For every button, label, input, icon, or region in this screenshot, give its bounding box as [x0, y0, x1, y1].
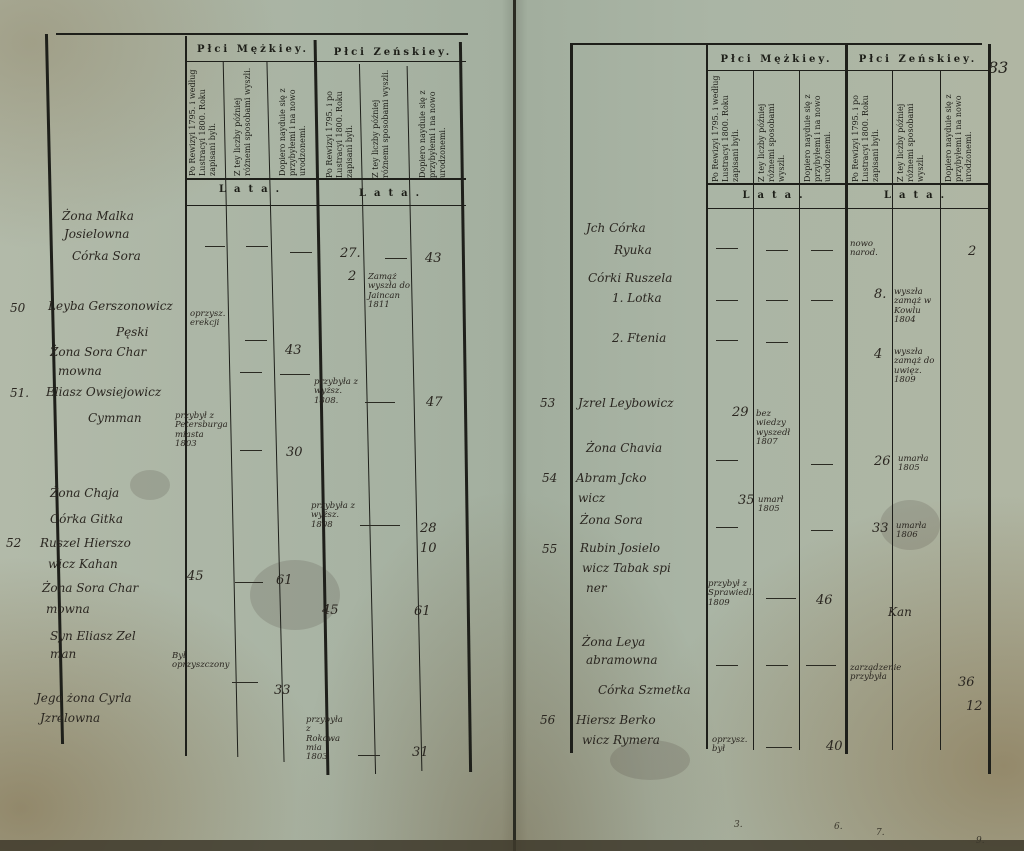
lata-top-line [708, 183, 990, 185]
entry-number: 51. [10, 387, 29, 401]
entry-name: Cymman [88, 412, 142, 426]
entry-name: 1. Lotka [612, 292, 662, 306]
name-column-left-border [570, 43, 573, 753]
value-female-col1: 45 [322, 604, 339, 619]
male-col1-header: Po Rewizyi 1795. i według Lustracyi 1800… [188, 66, 228, 176]
table-top-border [56, 33, 468, 35]
male-group-header: Płci Mężkiey. [186, 44, 320, 55]
empty-dash [240, 450, 262, 451]
note-male-col2: umarł 1805 [758, 496, 796, 515]
value-female-col1: 27. [340, 247, 361, 262]
lata-bottom-line [186, 205, 466, 206]
value-female-col3: 31 [412, 746, 429, 761]
entry-name: Córka Szmetka [598, 684, 691, 698]
female-col1-header: Po Rewizyi 1795. i po Lustracyi 1800. Ro… [325, 68, 365, 178]
value-female-col1: 26 [874, 455, 891, 470]
empty-dash [245, 340, 267, 341]
entry-number: 54 [542, 472, 557, 486]
entry-name: Abram Jcko [576, 472, 646, 486]
male-lata-label: Lata. [186, 184, 320, 195]
value-female-col3: 43 [425, 252, 442, 267]
value-female-col3: 10 [420, 542, 437, 557]
empty-dash [232, 682, 258, 683]
empty-dash [235, 582, 263, 583]
entry-number: 52 [6, 537, 21, 551]
value-male-col3: 61 [276, 574, 293, 589]
value-female-col3: 12 [966, 700, 983, 715]
entry-name: Jzrel Leybowicz [578, 397, 674, 411]
empty-dash [811, 300, 833, 301]
note-male-col2: bez wiedzy wyszedł 1807 [756, 410, 798, 447]
female-lata-label: Lata. [322, 188, 464, 199]
empty-dash [766, 342, 788, 343]
entry-name: wicz Kahan [48, 558, 118, 572]
entry-name: Żona Sora [580, 514, 643, 528]
note-female-col1: przybyła z wyższ. 1808. [314, 378, 362, 406]
value-male-col3: 33 [274, 684, 291, 699]
note-male-col1: Był oprzyszczony [172, 652, 212, 671]
value-female-col3: 36 [958, 676, 975, 691]
empty-dash [365, 402, 395, 403]
entry-name: Jzrelowna [40, 712, 100, 726]
column-divider [185, 36, 187, 756]
note-male-col1: przybył z Sprawiedl. 1809 [708, 580, 756, 608]
entry-name: wicz Rymera [582, 734, 660, 748]
female-lata-label: Lata. [848, 190, 988, 201]
value-male-col1: 45 [187, 570, 204, 585]
footer-mark: 6. [834, 822, 843, 832]
ledger-spread: Płci Mężkiey. Płci Zeńskiey. Po Rewizyi … [0, 0, 1024, 851]
empty-dash [240, 372, 262, 373]
value-female-col3: 61 [414, 605, 431, 620]
note-male-col1: oprzysz. był [712, 736, 752, 755]
entry-name: mowna [58, 365, 102, 379]
value-female-col3: 2 [968, 245, 976, 260]
footer-mark: 9. [976, 836, 985, 846]
note-female-col1: przybyła z Rokowa mia 1803 [306, 716, 346, 763]
entry-name: Córki Ruszela [588, 272, 672, 286]
female-col2-header: Z tey liczby później różnemi sposobami w… [896, 74, 938, 182]
empty-dash [811, 250, 833, 251]
empty-dash [280, 374, 310, 375]
empty-dash [358, 755, 380, 756]
note-male-col1: przybył z Petersburga miasta 1803 [175, 412, 227, 449]
empty-dash [205, 246, 225, 247]
entry-name: Córka Sora [72, 250, 141, 264]
value-female-col1: 4 [874, 348, 882, 363]
column-divider [799, 70, 800, 750]
value-male-col3: 40 [826, 740, 843, 755]
female-col3-header: Dopiero nayduie się z przybyłemi i na no… [418, 68, 462, 178]
entry-name: abramowna [586, 654, 657, 668]
value-male-col3: 30 [286, 446, 303, 461]
column-divider [940, 70, 941, 750]
entry-number: 56 [540, 714, 555, 728]
entry-number: 50 [10, 302, 25, 316]
entry-name: Ryuka [614, 244, 652, 258]
group-header-underline [708, 70, 990, 71]
male-lata-label: Lata. [708, 190, 845, 201]
female-col2-header: Z tey liczby później różnemi sposobami w… [371, 68, 411, 178]
male-col2-header: Z tey liczby później różnemi sposobami w… [757, 74, 797, 182]
left-page: Płci Mężkiey. Płci Zeńskiey. Po Rewizyi … [0, 0, 513, 851]
entry-name: Syn Eliasz Zel [50, 630, 136, 644]
empty-dash [716, 527, 738, 528]
entry-name: Żona Leya [582, 636, 645, 650]
entry-name: Josielowna [64, 228, 129, 242]
female-col1-header: Po Rewizyi 1795. i po Lustracyi 1800. Ro… [851, 74, 891, 182]
note-female-col1: nowo narod. [850, 240, 890, 259]
entry-name: mowna [46, 603, 90, 617]
female-group-header: Płci Zeńskiey. [322, 47, 464, 58]
group-header-underline [186, 61, 466, 62]
entry-number: 55 [542, 543, 557, 557]
entry-name: Hiersz Berko [576, 714, 656, 728]
female-group-header: Płci Zeńskiey. [848, 54, 988, 65]
column-divider [753, 70, 754, 750]
empty-dash [246, 246, 268, 247]
male-group-header: Płci Mężkiey. [708, 54, 845, 65]
note-female-col2: Kan [888, 606, 912, 620]
empty-dash [716, 665, 738, 666]
empty-dash [716, 460, 738, 461]
male-col3-header: Dopiero nayduie się z przybyłemi i na no… [278, 66, 318, 176]
group-divider [845, 44, 848, 754]
value-female-col1: 8. [874, 288, 886, 303]
empty-dash [385, 258, 407, 259]
note-female-col2: Zamąż wyszła do Jaincan 1811 [368, 273, 416, 310]
value-female-col3: 47 [426, 396, 443, 411]
entry-name: wicz [578, 492, 605, 506]
entry-name: Żona Malka [62, 210, 134, 224]
male-col1-header: Po Rewizyi 1795. i według Lustracyi 1800… [711, 74, 751, 182]
value-female-col3: 28 [420, 522, 437, 537]
empty-dash [360, 525, 400, 526]
value-male-col3: 43 [285, 344, 302, 359]
empty-dash [806, 665, 836, 666]
empty-dash [811, 464, 833, 465]
right-page: Płci Mężkiey. Płci Zeńskiey. Po Rewizyi … [516, 0, 1024, 851]
note-female-col2: wyszła zamąż do uwięz. 1809 [894, 348, 940, 385]
entry-number: 53 [540, 397, 555, 411]
entry-name: Pęski [116, 326, 148, 340]
lata-top-line [186, 178, 466, 180]
empty-dash [716, 340, 738, 341]
footer-mark: 7. [876, 828, 885, 838]
value-male-col3: 46 [816, 594, 833, 609]
note-female-col2: umarła 1806 [896, 522, 936, 541]
note-male-col1: oprzysz. erekcji [190, 310, 228, 329]
empty-dash [766, 250, 788, 251]
male-col3-header: Dopiero nayduie się z przybyłemi i na no… [803, 74, 843, 182]
entry-name: Żona Sora Char [42, 582, 138, 596]
female-col3-header: Dopiero nayduie się z przybyłemi i na no… [944, 74, 986, 182]
empty-dash [811, 530, 833, 531]
lata-bottom-line [708, 208, 990, 209]
page-number: 83 [988, 58, 1008, 77]
empty-dash [716, 300, 738, 301]
entry-name: Córka Gitka [50, 513, 123, 527]
empty-dash [766, 598, 796, 599]
empty-dash [766, 665, 788, 666]
entry-name: 2. Ftenia [612, 332, 666, 346]
note-female-col1: zarządzenie przybyła [850, 664, 896, 683]
entry-name: ner [586, 582, 607, 596]
empty-dash [766, 747, 792, 748]
entry-name: Żona Chavia [586, 442, 662, 456]
table-top-border [572, 43, 982, 45]
entry-name: Jch Córka [586, 222, 646, 236]
value-male-col1: 35 [738, 494, 755, 509]
empty-dash [766, 300, 788, 301]
value-female-col1: 33 [872, 522, 889, 537]
entry-name: Leyba Gerszonowicz [48, 300, 173, 314]
note-female-col2: wyszła zamąż w Kowlu 1804 [894, 288, 940, 325]
male-col2-header: Z tey liczby później różnemi sposobami w… [233, 66, 273, 176]
column-divider [892, 70, 893, 750]
footer-mark: 3. [734, 820, 743, 830]
value-female-col1: 2 [348, 270, 356, 285]
entry-name: Eliasz Owsiejowicz [46, 386, 161, 400]
note-female-col2: umarła 1805 [898, 455, 938, 474]
entry-name: Rubin Josielo [580, 542, 660, 556]
note-female-col1: przybyła z wyższ. 1808 [311, 502, 361, 530]
empty-dash [716, 248, 738, 249]
column-divider [706, 44, 708, 749]
entry-name: Żona Chaja [50, 487, 119, 501]
entry-name: Ruszel Hierszo [40, 537, 131, 551]
table-right-border [988, 44, 991, 774]
entry-name: Jego żona Cyrla [36, 692, 132, 706]
entry-name: Żona Sora Char [50, 346, 146, 360]
entry-name: man [50, 648, 76, 662]
value-male-col1: 29 [732, 406, 749, 421]
empty-dash [290, 252, 312, 253]
entry-name: wicz Tabak spi [582, 562, 671, 576]
